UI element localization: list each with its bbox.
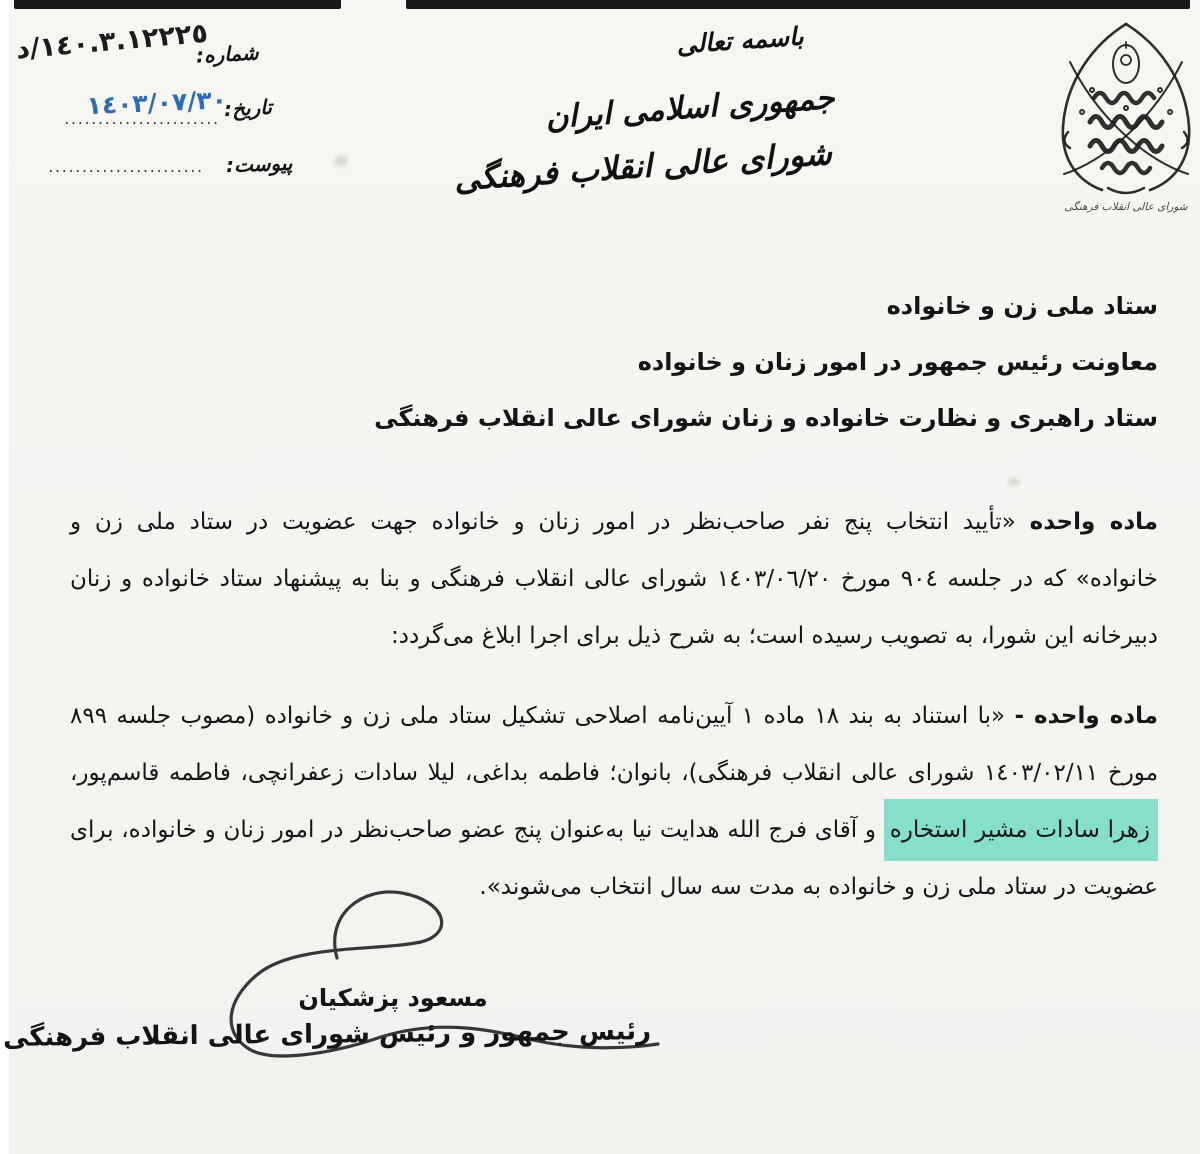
bismillah-text: باسمه تعالی bbox=[629, 18, 850, 62]
body-text: «تأیید انتخاب پنج نفر صاحب‌نظر در امور ز… bbox=[70, 509, 1030, 535]
body-line: زهرا سادات مشیر استخاره و آقای فرج الله … bbox=[70, 802, 1158, 859]
scan-smudge bbox=[1008, 478, 1020, 486]
recipients-block: ستاد ملی زن و خانواده معاونت رئیس جمهور … bbox=[374, 278, 1158, 446]
council-emblem-icon: شورای عالی انقلاب فرهنگی bbox=[1046, 12, 1200, 217]
body-text: و آقای فرج الله هدایت نیا به‌عنوان پنج ع… bbox=[70, 817, 884, 843]
signer-title: رئیس جمهور و رئیس شورای عالی انقلاب فرهن… bbox=[106, 1016, 651, 1052]
recipient-line: ستاد راهبری و نظارت خانواده و زنان شورای… bbox=[374, 390, 1158, 446]
body-line: عضویت در ستاد ملی زن و خانواده به مدت سه… bbox=[70, 859, 1158, 916]
scan-edge bbox=[0, 0, 9, 1154]
scan-top-bar bbox=[14, 0, 341, 9]
date-label: تاریخ: bbox=[223, 95, 272, 121]
article-lead: ماده واحده - bbox=[1014, 703, 1158, 729]
council-name: شورای عالی انقلاب فرهنگی bbox=[487, 134, 833, 196]
highlighted-name: زهرا سادات مشیر استخاره bbox=[884, 799, 1158, 861]
document-page: شماره: ١٤٠.٣.١٢٢٢٥/د تاریخ: ............… bbox=[0, 0, 1200, 1154]
paragraph-single-article: ماده واحده - «با استناد به بند ١٨ ماده ١… bbox=[70, 688, 1158, 916]
body-line: مورخ ١٤٠٣/٠٢/١١ شورای عالی انقلاب فرهنگی… bbox=[70, 745, 1158, 802]
body-line: ماده واحده - «با استناد به بند ١٨ ماده ١… bbox=[70, 688, 1158, 745]
scan-smudge bbox=[334, 156, 348, 166]
article-lead: ماده واحده bbox=[1030, 509, 1158, 535]
attachment-dotted-line: ....................... bbox=[28, 158, 204, 176]
body-line: خانواده» که در جلسه ٩٠٤ مورخ ١٤٠٣/٠٦/٢٠ … bbox=[70, 551, 1158, 608]
emblem-caption: شورای عالی انقلاب فرهنگی bbox=[1064, 200, 1187, 213]
number-handwritten-value: ١٤٠.٣.١٢٢٢٥/د bbox=[0, 18, 209, 67]
recipient-line: ستاد ملی زن و خانواده bbox=[374, 278, 1158, 334]
body-text: «با استناد به بند ١٨ ماده ١ آیین‌نامه اص… bbox=[70, 703, 1014, 729]
paragraph-ratification: ماده واحده «تأیید انتخاب پنج نفر صاحب‌نظ… bbox=[70, 494, 1158, 665]
body-line: ماده واحده «تأیید انتخاب پنج نفر صاحب‌نظ… bbox=[70, 494, 1158, 551]
recipient-line: معاونت رئیس جمهور در امور زنان و خانواده bbox=[374, 334, 1158, 390]
country-name: جمهوری اسلامی ایران bbox=[534, 79, 846, 137]
scan-top-bar bbox=[406, 0, 1190, 9]
signer-name: مسعود پزشکیان bbox=[288, 984, 498, 1012]
body-line: دبیرخانه این شورا، به تصویب رسیده است؛ ب… bbox=[70, 608, 1158, 665]
attachment-label: پیوست: bbox=[226, 151, 293, 177]
